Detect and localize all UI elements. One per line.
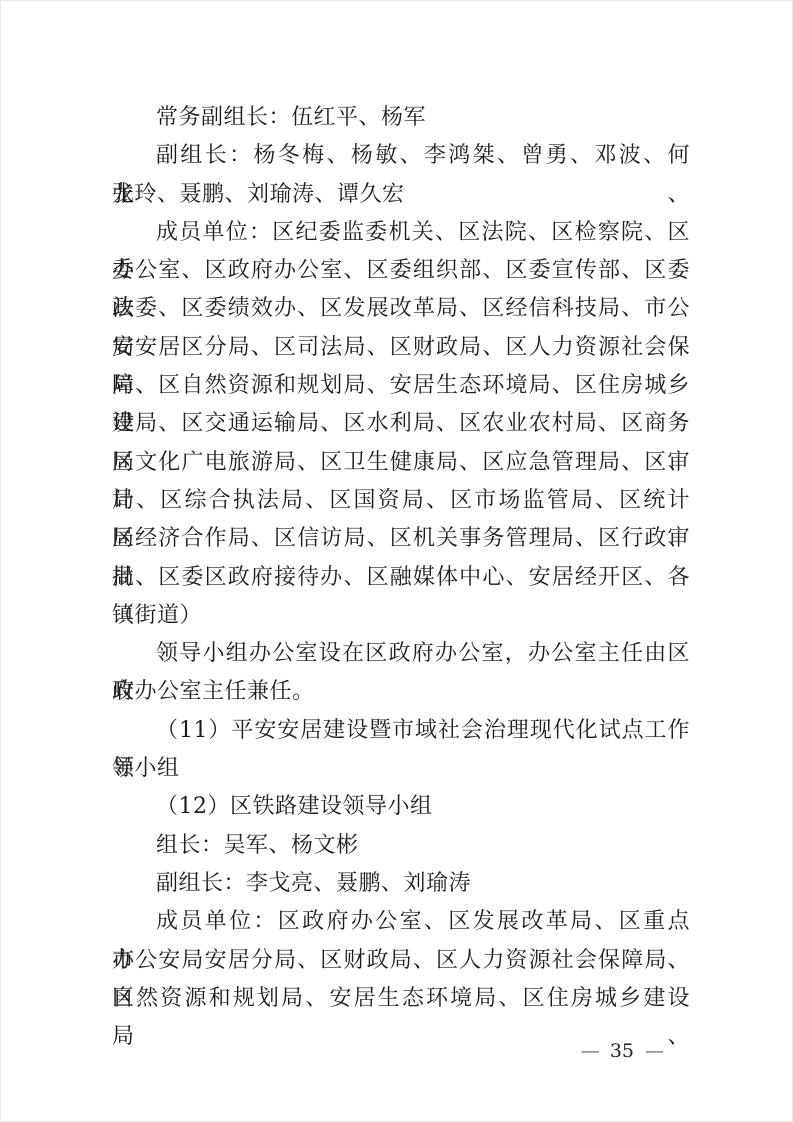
document-line: 法委、区委绩效办、区发展改革局、区经信科技局、市公安 bbox=[112, 290, 690, 328]
document-line: 区文化广电旅游局、区卫生健康局、区应急管理局、区审计 bbox=[112, 444, 690, 482]
document-line: （12）区铁路建设领导小组 bbox=[112, 788, 690, 826]
document-line: 成员单位：区政府办公室、区发展改革局、区重点办、 bbox=[112, 903, 690, 941]
document-line: 局安居区分局、区司法局、区财政局、区人力资源社会保障 bbox=[112, 329, 690, 367]
document-line: 设局、区交通运输局、区水利局、区农业农村局、区商务局、 bbox=[112, 405, 690, 443]
document-line: 局、区自然资源和规划局、安居生态环境局、区住房城乡建 bbox=[112, 367, 690, 405]
page-number: — 35 — bbox=[581, 1038, 663, 1064]
document-page: 常务副组长：伍红平、杨军 副组长：杨冬梅、杨敏、李鸿桀、曾勇、邓波、何龙、 张玲… bbox=[0, 0, 793, 1122]
document-line: 市公安局安居分局、区财政局、区人力资源社会保障局、区 bbox=[112, 942, 690, 980]
document-line: 成员单位：区纪委监委机关、区法院、区检察院、区委 bbox=[112, 214, 690, 252]
document-line: 组长：吴军、杨文彬 bbox=[112, 827, 690, 865]
document-line: （街道） bbox=[112, 597, 690, 635]
document-line: 办公室、区政府办公室、区委组织部、区委宣传部、区委政 bbox=[112, 252, 690, 290]
document-line: 领导小组办公室设在区政府办公室，办公室主任由区政 bbox=[112, 635, 690, 673]
document-line: 府办公室主任兼任。 bbox=[112, 673, 690, 711]
document-line: 副组长：李戈亮、聂鹏、刘瑜涛 bbox=[112, 865, 690, 903]
document-line: 自然资源和规划局、安居生态环境局、区住房城乡建设局、 bbox=[112, 980, 690, 1018]
document-line: 副组长：杨冬梅、杨敏、李鸿桀、曾勇、邓波、何龙、 bbox=[112, 137, 690, 175]
page-number-value: 35 bbox=[610, 1038, 634, 1064]
document-line: （11）平安安居建设暨市域社会治理现代化试点工作领 bbox=[112, 712, 690, 750]
page-number-dash-right: — bbox=[645, 1038, 663, 1064]
document-line: 局、区委区政府接待办、区融媒体中心、安居经开区、各镇 bbox=[112, 559, 690, 597]
document-body: 常务副组长：伍红平、杨军 副组长：杨冬梅、杨敏、李鸿桀、曾勇、邓波、何龙、 张玲… bbox=[112, 99, 690, 1018]
document-line: 局、区综合执法局、区国资局、区市场监管局、区统计局、 bbox=[112, 482, 690, 520]
document-line: 导小组 bbox=[112, 750, 690, 788]
page-number-dash-left: — bbox=[581, 1038, 599, 1064]
document-line: 常务副组长：伍红平、杨军 bbox=[112, 99, 690, 137]
document-line: 区经济合作局、区信访局、区机关事务管理局、区行政审批 bbox=[112, 520, 690, 558]
